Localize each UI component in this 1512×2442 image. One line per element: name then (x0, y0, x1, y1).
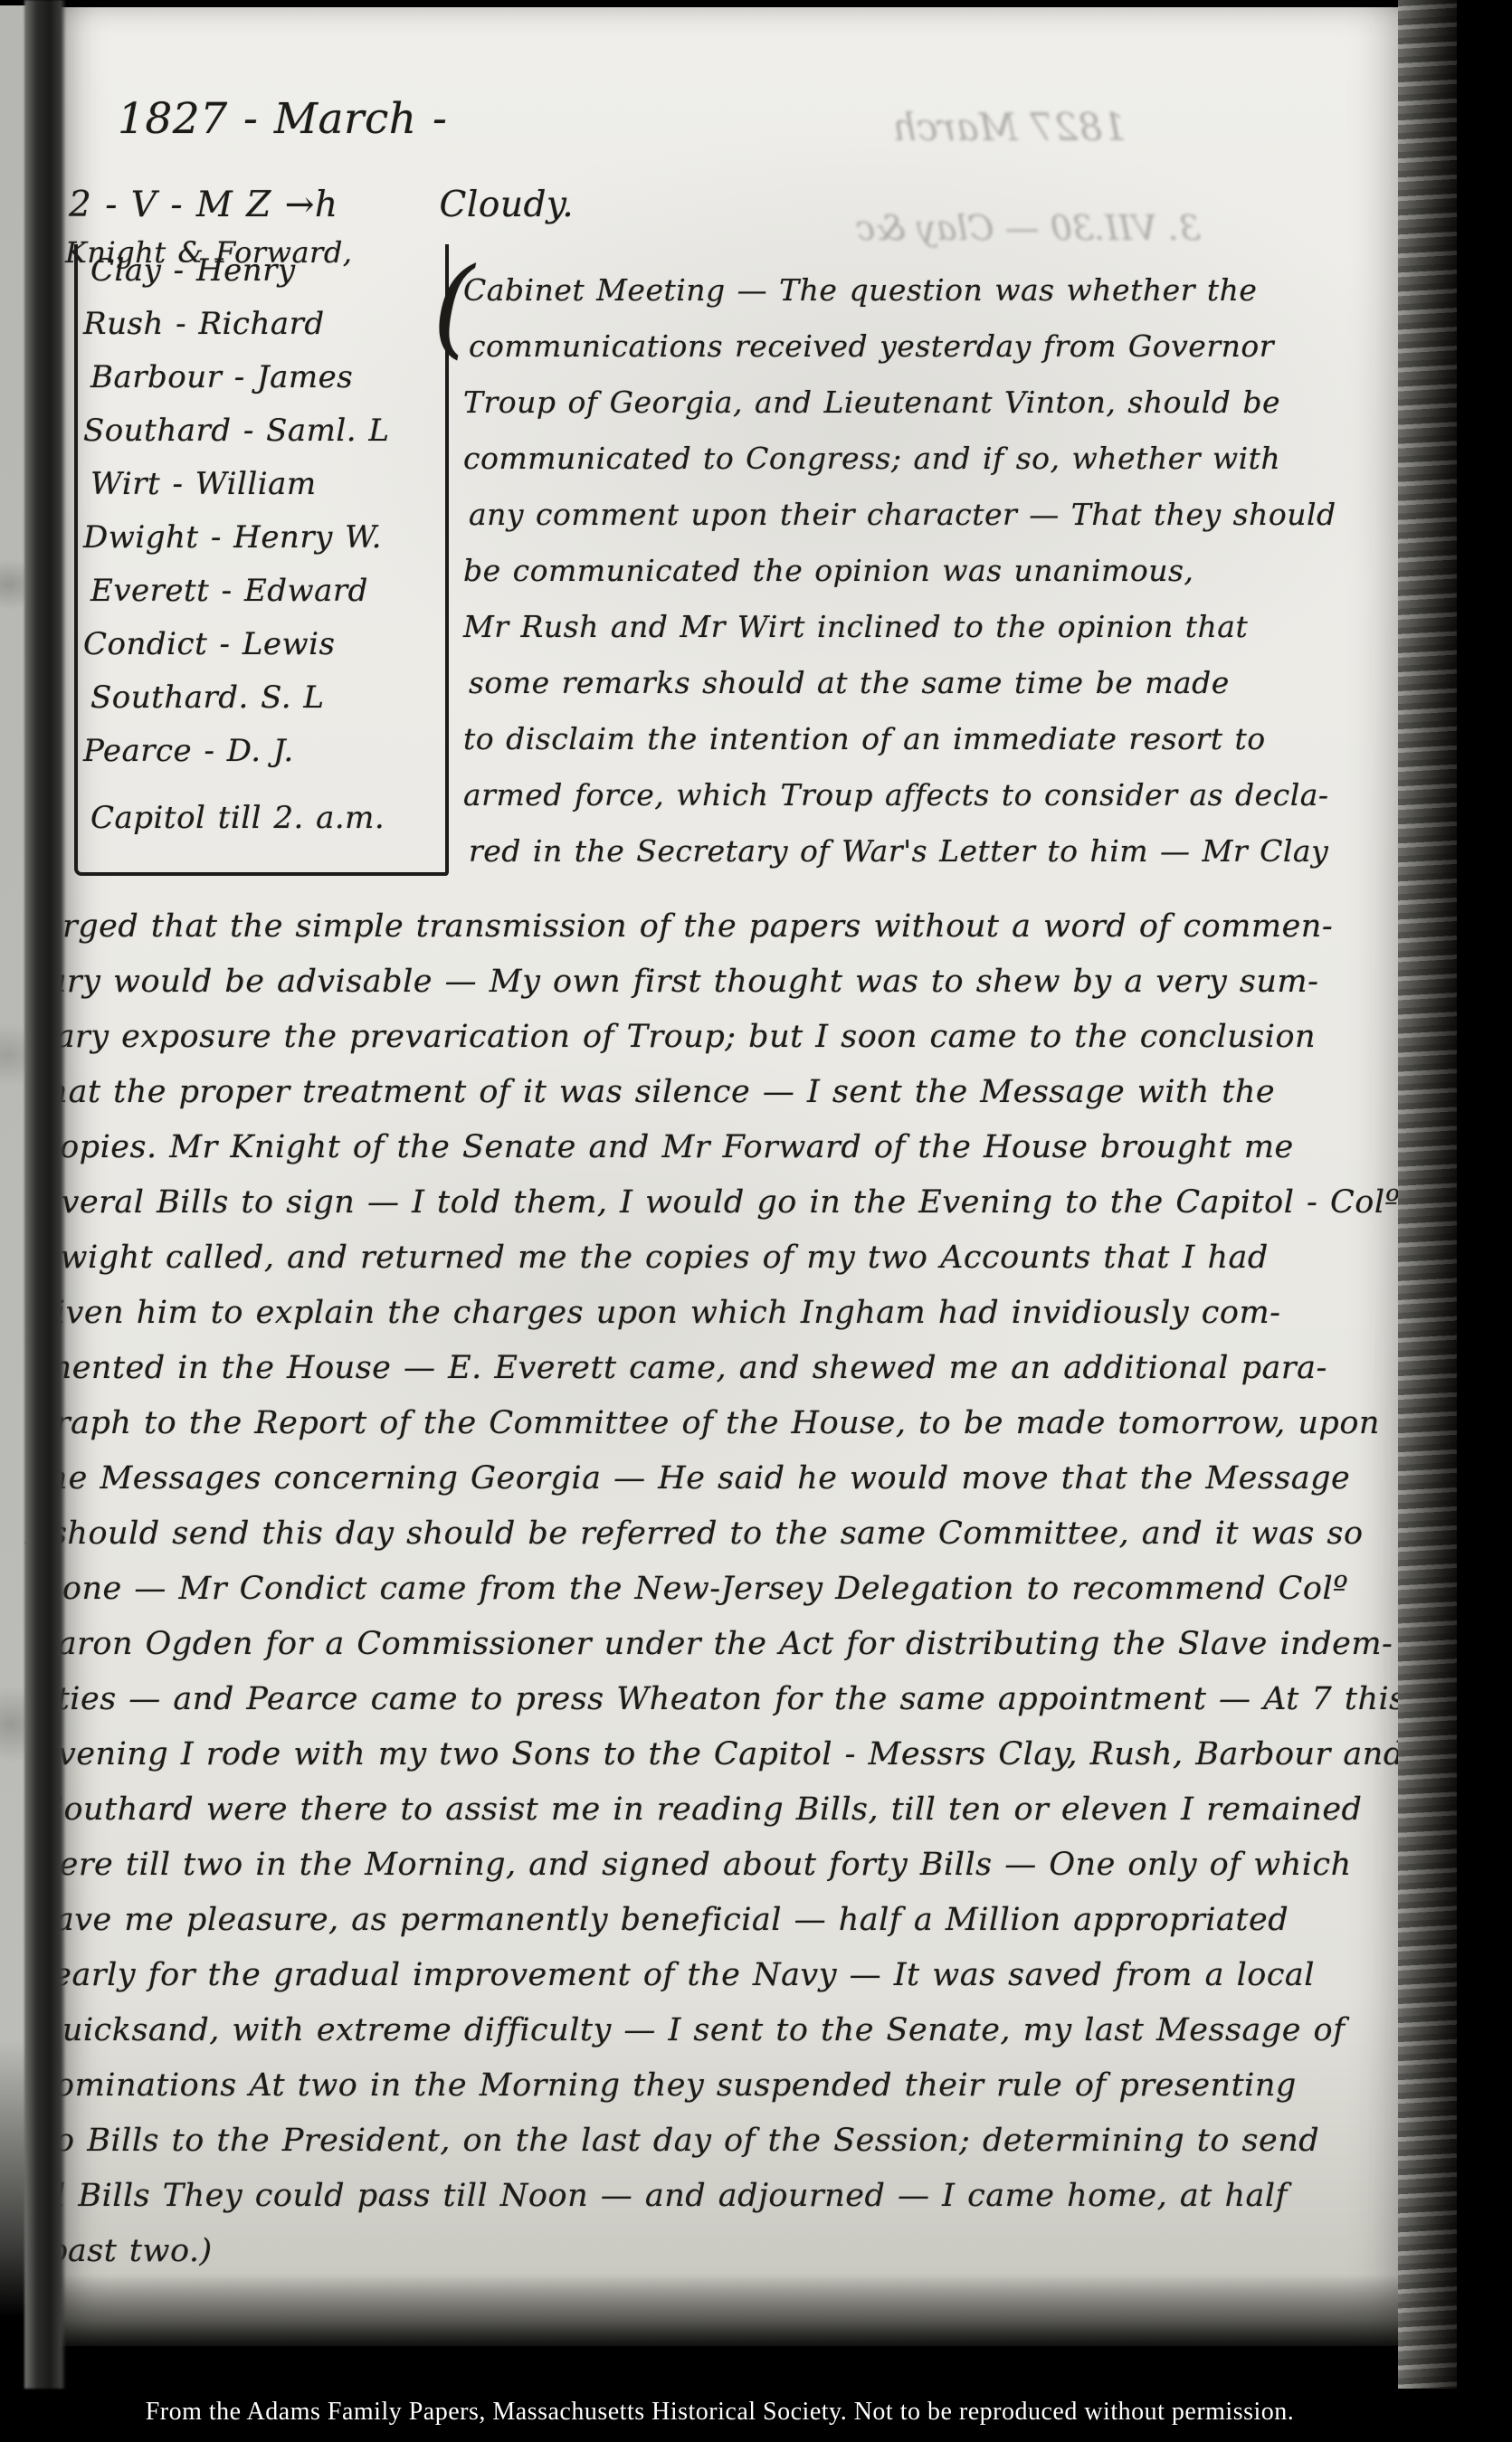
ink-bleedthrough-dateline: 3. VII.30 — Clay &c (856, 208, 1201, 248)
diary-line: armed force, which Troup affects to cons… (463, 767, 1404, 823)
date-line: 2 - V - M Z →hCloudy. (69, 185, 574, 225)
page-bottom-shadow (60, 2274, 1408, 2346)
diary-line: there till two in the Morning, and signe… (25, 1838, 1419, 1893)
diary-line: urged that the simple transmission of th… (42, 899, 1435, 955)
diary-line: any comment upon their character — That … (469, 487, 1410, 543)
diary-line: graph to the Report of the Committee of … (34, 1396, 1428, 1451)
diary-line: be communicated the opinion was unanimou… (463, 543, 1404, 599)
diary-line: to disclaim the intention of an immediat… (463, 711, 1404, 767)
diary-line: Cabinet Meeting — The question was wheth… (463, 262, 1404, 318)
diary-line: the Messages concerning Georgia — He sai… (34, 1451, 1428, 1506)
book-page-edges (1398, 0, 1463, 2389)
margin-name: Rush - Richard (83, 298, 451, 351)
diary-line: quicksand, with extreme difficulty — I s… (42, 2003, 1435, 2058)
diary-line: nities — and Pearce came to press Wheato… (25, 1672, 1419, 1727)
ink-bleedthrough-header: 1827 March (892, 105, 1127, 149)
weather-note: Cloudy. (440, 185, 575, 225)
archive-credit-caption: From the Adams Family Papers, Massachuse… (0, 2398, 1476, 2427)
diary-line: Aaron Ogden for a Commissioner under the… (34, 1617, 1428, 1672)
margin-name: Everett - Edward (90, 565, 458, 618)
diary-line: red in the Secretary of War's Letter to … (469, 823, 1410, 879)
margin-name: Pearce - D. J. (83, 725, 451, 778)
diary-line: communicated to Congress; and if so, whe… (463, 431, 1404, 487)
diary-line: no Bills to the President, on the last d… (34, 2114, 1428, 2169)
diary-line: past two.) (47, 2224, 1441, 2279)
margin-name: Barbour - James (90, 351, 458, 404)
margin-name: Dwight - Henry W. (83, 511, 451, 565)
diary-line: yearly for the gradual improvement of th… (34, 1948, 1428, 2003)
margin-names-box: Clay - Henry Rush - Richard Barbour - Ja… (74, 244, 449, 876)
diary-line: Dwight called, and returned me the copie… (34, 1231, 1428, 1286)
diary-line: nominations At two in the Morning they s… (34, 2058, 1428, 2114)
book-gutter-shadow (24, 0, 66, 2389)
margin-name: Clay - Henry (90, 244, 458, 298)
diary-line: I should send this day should be referre… (25, 1506, 1419, 1562)
diary-line: some remarks should at the same time be … (469, 655, 1410, 711)
diary-line: copies. Mr Knight of the Senate and Mr F… (42, 1120, 1435, 1175)
photo-background-right (1457, 0, 1512, 2442)
adjacent-page-sliver (0, 5, 27, 2318)
diary-line: given him to explain the charges upon wh… (34, 1286, 1428, 1341)
diary-line: done — Mr Condict came from the New-Jers… (42, 1562, 1435, 1617)
cabinet-meeting-paragraph: ( Cabinet Meeting — The question was whe… (463, 262, 1404, 879)
margin-name: Southard. S. L (90, 671, 458, 725)
diary-line: tary would be advisable — My own first t… (34, 955, 1428, 1010)
diary-line: mented in the House — E. Everett came, a… (42, 1341, 1435, 1396)
margin-name: Southard - Saml. L (83, 404, 451, 458)
margin-name: Condict - Lewis (83, 618, 451, 671)
diary-line: mary exposure the prevarication of Troup… (25, 1010, 1419, 1065)
date-symbols: 2 - V - M Z →h (69, 185, 338, 225)
diary-line: that the proper treatment of it was sile… (34, 1065, 1428, 1120)
page-title: 1827 - March - (118, 94, 447, 144)
diary-line: Mr Rush and Mr Wirt inclined to the opin… (463, 599, 1404, 655)
diary-line: Evening I rode with my two Sons to the C… (34, 1727, 1428, 1782)
diary-body: urged that the simple transmission of th… (34, 899, 1428, 2279)
scanned-diary-photo: 1827 March 3. VII.30 — Clay &c 1827 - Ma… (0, 0, 1512, 2442)
diary-page: 1827 March 3. VII.30 — Clay &c 1827 - Ma… (60, 7, 1408, 2346)
diary-line: several Bills to sign — I told them, I w… (25, 1175, 1419, 1231)
margin-note-capitol: Capitol till 2. a.m. (90, 800, 385, 836)
diary-line: gave me pleasure, as permanently benefic… (34, 1893, 1428, 1948)
diary-line: all Bills They could pass till Noon — an… (25, 2169, 1419, 2224)
diary-line: communications received yesterday from G… (469, 318, 1410, 375)
diary-line: Southard were there to assist me in read… (42, 1782, 1435, 1838)
diary-line: Troup of Georgia, and Lieutenant Vinton,… (463, 375, 1404, 431)
margin-name: Wirt - William (90, 458, 458, 511)
